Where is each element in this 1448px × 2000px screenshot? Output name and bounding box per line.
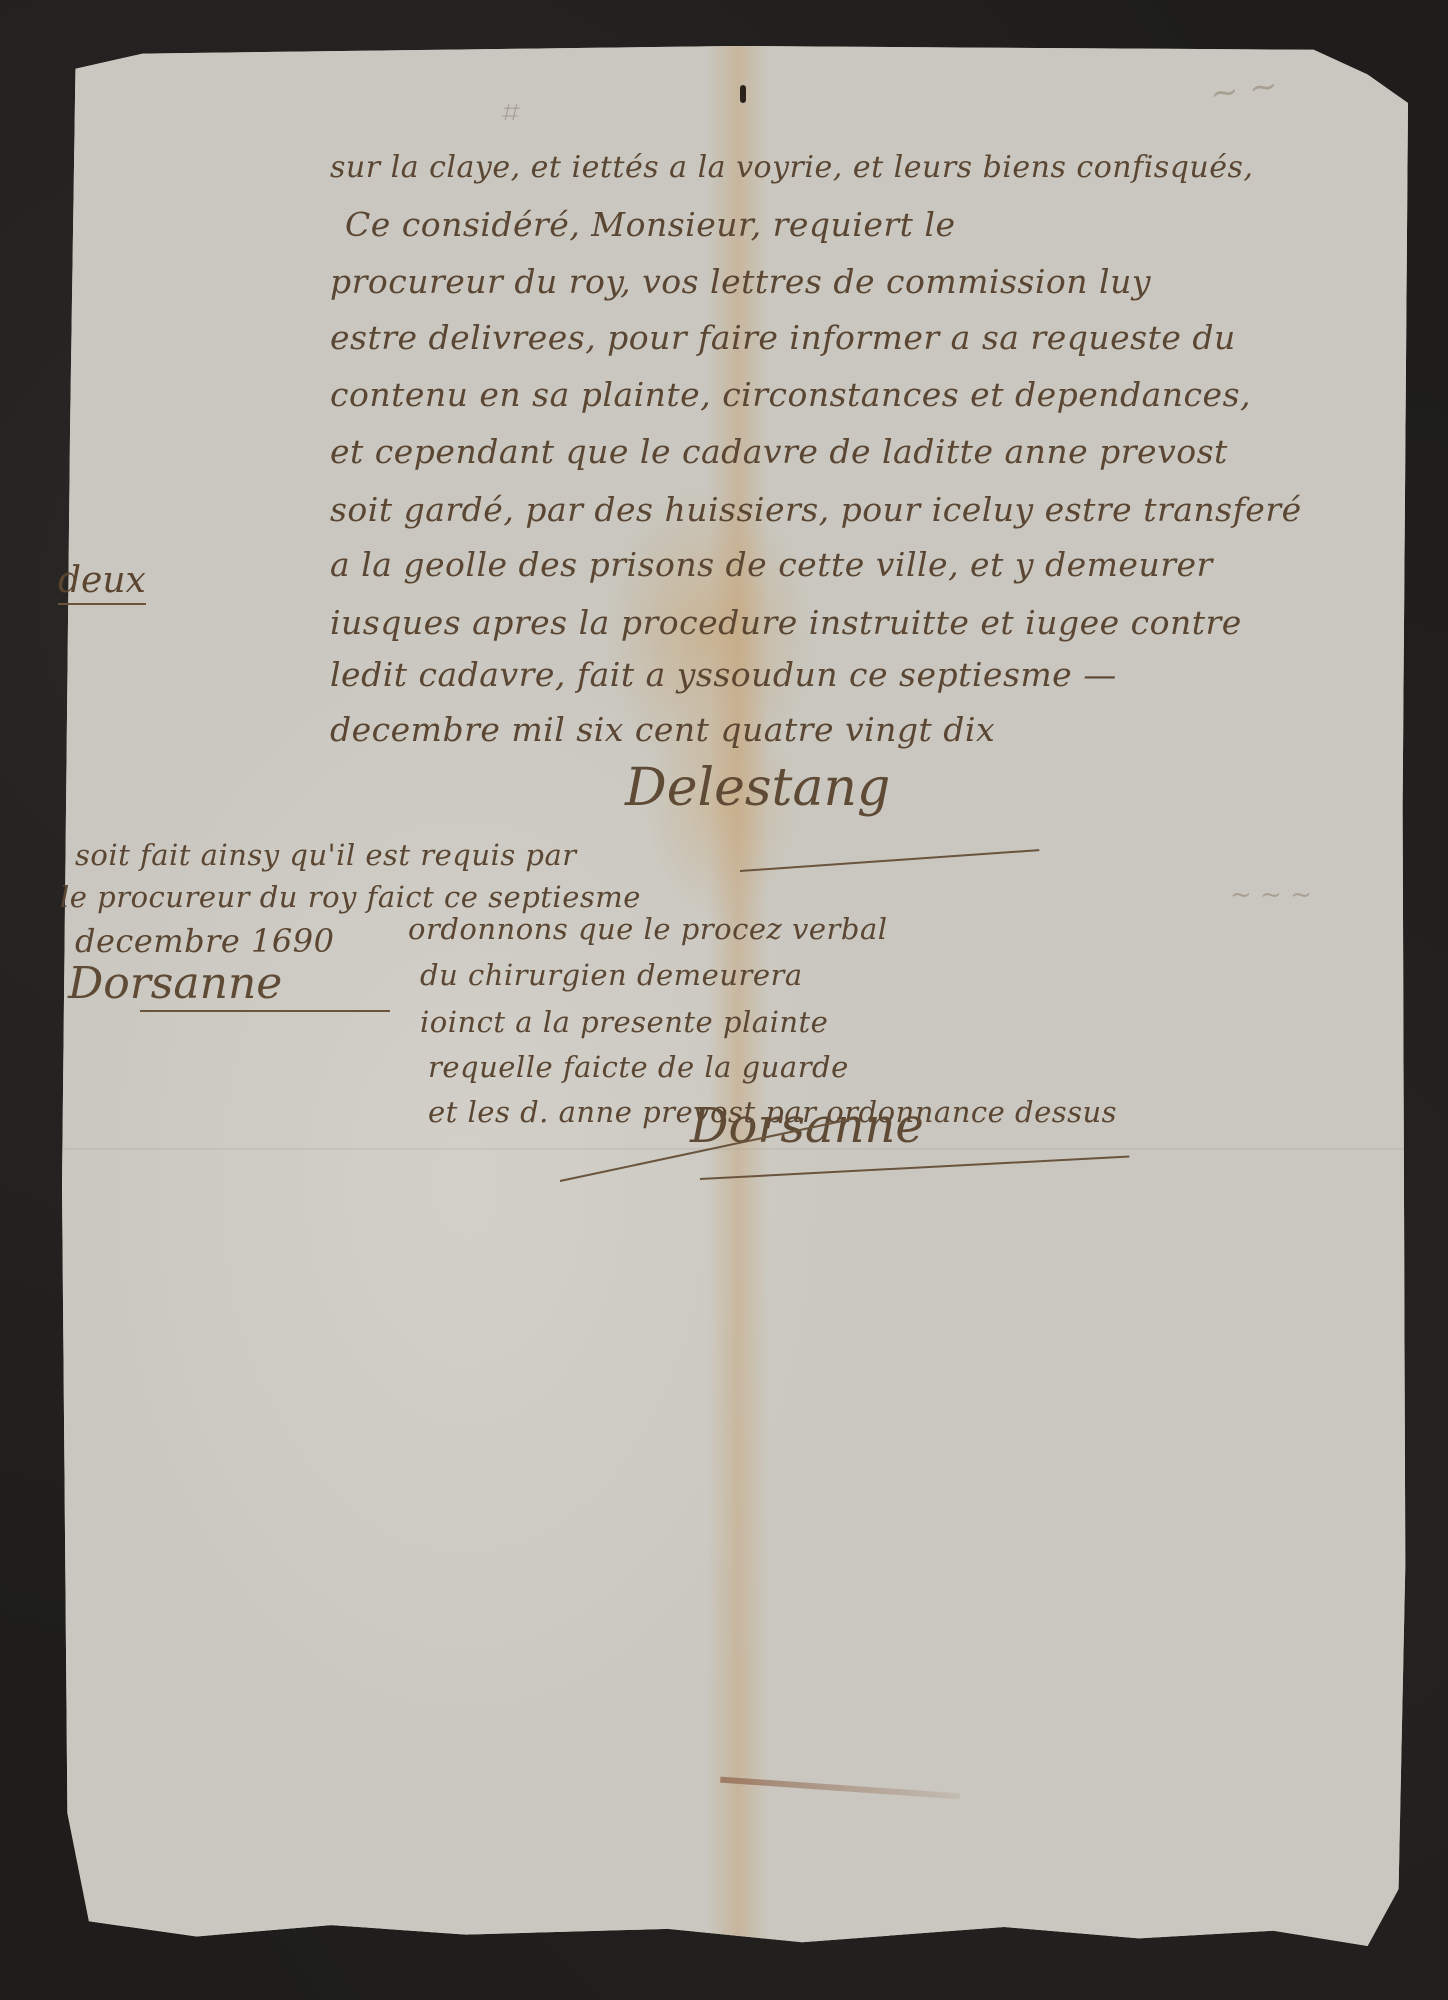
signature-left-underline <box>140 1010 390 1012</box>
signature-left: Dorsanne <box>68 958 282 1009</box>
ordonnance-right-line-1: ordonnons que le procez verbal <box>408 912 888 946</box>
ordonnance-right-line-3: ioinct a la presente plainte <box>420 1005 828 1039</box>
ordonnance-right-line-4: requelle faicte de la guarde <box>428 1050 849 1084</box>
faint-right-margin-mark: ~ ~ ~ <box>1230 880 1312 910</box>
main-text-line-1: sur la claye, et iettés a la voyrie, et … <box>330 150 1253 185</box>
ordonnance-left-line-2: le procureur du roy faict ce septiesme <box>60 880 641 914</box>
margin-note: deux <box>58 560 146 605</box>
main-text-line-4: estre delivrees, pour faire informer a s… <box>330 318 1236 357</box>
signature-main: Delestang <box>625 758 890 818</box>
main-text-line-3: procureur du roy, vos lettres de commiss… <box>330 262 1151 301</box>
main-text-line-6: et cependant que le cadavre de laditte a… <box>330 432 1228 471</box>
binding-hole <box>740 85 746 103</box>
main-text-line-2: Ce considéré, Monsieur, requiert le <box>345 205 956 244</box>
main-text-line-10: ledit cadavre, fait a yssoudun ce septie… <box>330 655 1117 694</box>
main-text-line-8: a la geolle des prisons de cette ville, … <box>330 545 1213 584</box>
main-text-line-11: decembre mil six cent quatre vingt dix <box>330 710 995 749</box>
faint-stamp-mark: ⌗ <box>500 95 517 130</box>
ordonnance-left-line-1: soit fait ainsy qu'il est requis par <box>75 838 577 872</box>
main-text-line-9: iusques apres la procedure instruitte et… <box>330 603 1242 642</box>
main-text-line-5: contenu en sa plainte, circonstances et … <box>330 375 1251 414</box>
ordonnance-left-line-3: decembre 1690 <box>75 922 334 960</box>
ordonnance-right-line-2: du chirurgien demeurera <box>420 958 803 992</box>
main-text-line-7: soit gardé, par des huissiers, pour icel… <box>330 490 1302 529</box>
